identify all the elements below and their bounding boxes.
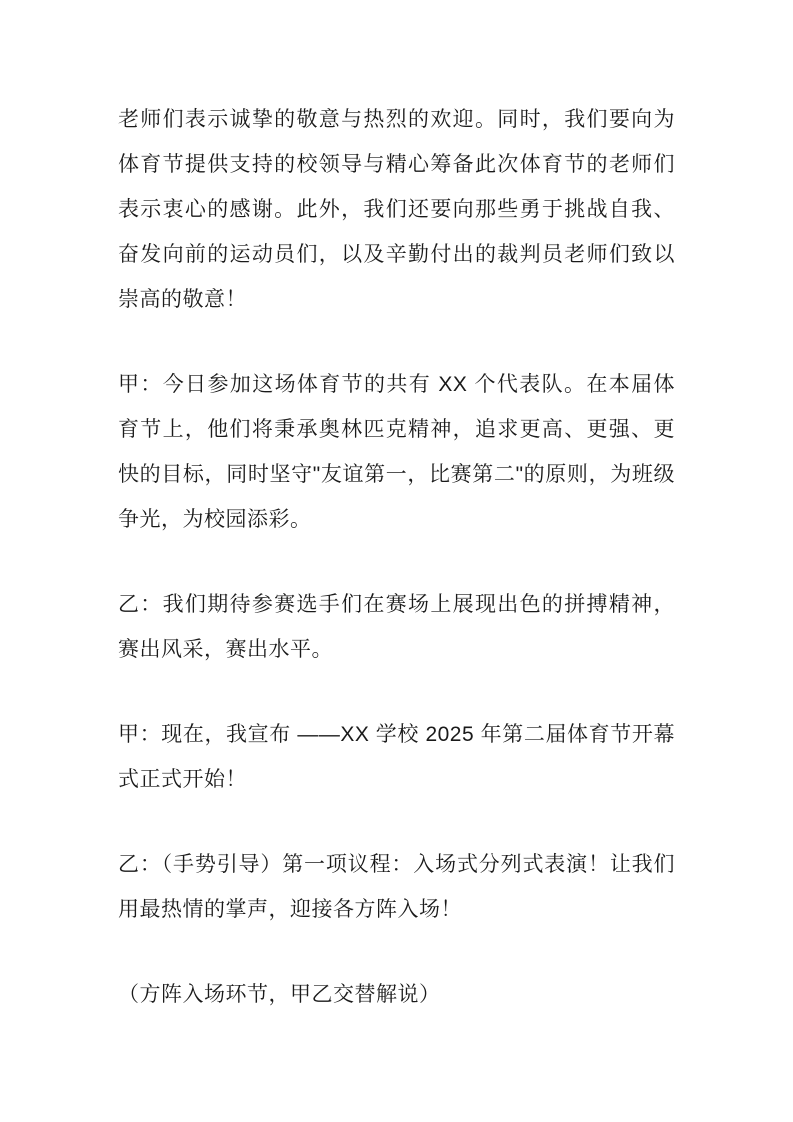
document-page: 老师们表示诚挚的敬意与热烈的欢迎。同时，我们要向为体育节提供支持的校领导与精心筹… — [0, 0, 793, 1122]
paragraph-greeting-continuation: 老师们表示诚挚的敬意与热烈的欢迎。同时，我们要向为体育节提供支持的校领导与精心筹… — [118, 97, 675, 322]
paragraph-stage-direction: （方阵入场环节，甲乙交替解说） — [118, 972, 675, 1017]
document-body: 老师们表示诚挚的敬意与热烈的欢迎。同时，我们要向为体育节提供支持的校领导与精心筹… — [0, 0, 793, 1017]
paragraph-host-a-teams-intro: 甲：今日参加这场体育节的共有 XX 个代表队。在本届体育节上，他们将秉承奥林匹克… — [118, 362, 675, 542]
paragraph-host-a-announcement: 甲：现在，我宣布 ——XX 学校 2025 年第二届体育节开幕式正式开始！ — [118, 712, 675, 802]
paragraph-host-b-first-agenda: 乙：（手势引导）第一项议程：入场式分列式表演！让我们用最热情的掌声，迎接各方阵入… — [118, 842, 675, 932]
paragraph-host-b-expectation: 乙：我们期待参赛选手们在赛场上展现出色的拼搏精神，赛出风采，赛出水平。 — [118, 582, 675, 672]
